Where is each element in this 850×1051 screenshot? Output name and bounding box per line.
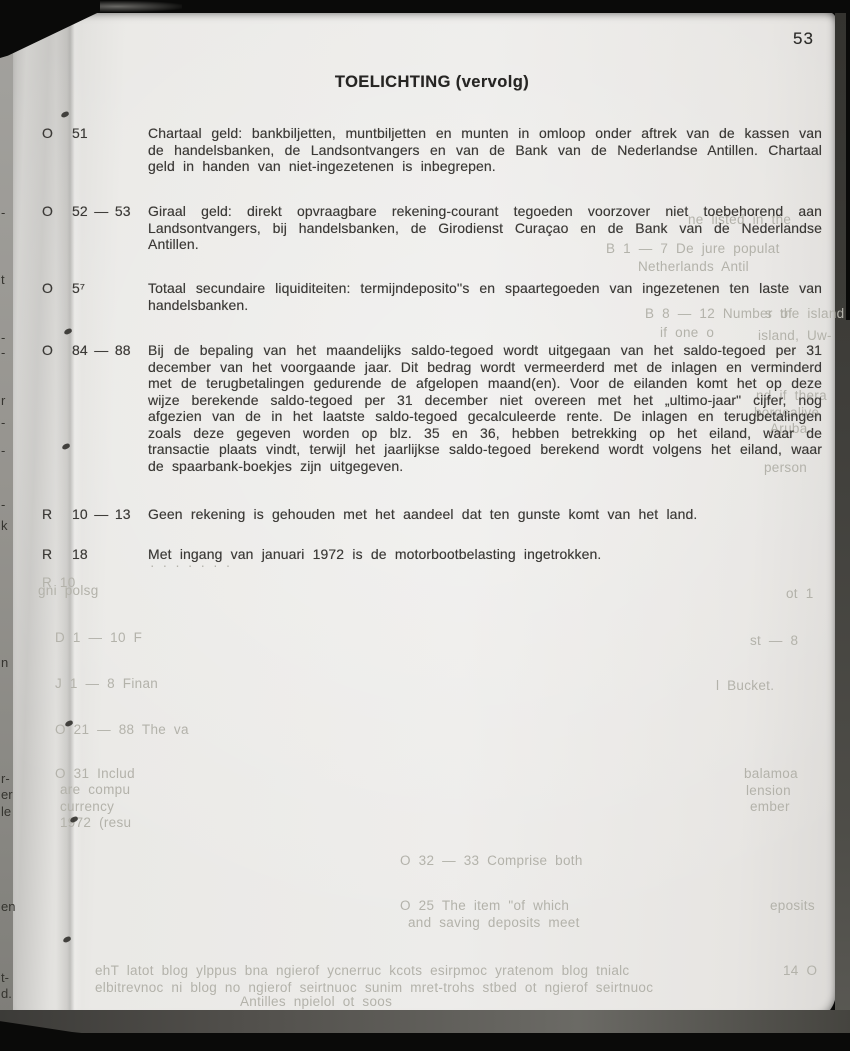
edge-letter-fragment: - — [1, 205, 5, 220]
edge-letter-fragment: k — [1, 518, 8, 533]
edge-letter-fragment: n — [1, 655, 8, 670]
gutter-artifacts-layer: -t--r---knr-erleent-d. — [0, 0, 850, 1051]
edge-letter-fragment: le — [1, 804, 11, 819]
edge-letter-fragment: er — [1, 787, 13, 802]
edge-letter-fragment: - — [1, 330, 5, 345]
edge-letter-fragment: r — [1, 393, 5, 408]
ink-speck — [69, 816, 78, 823]
edge-letter-fragment: - — [1, 443, 5, 458]
edge-letter-fragment: - — [1, 497, 5, 512]
ink-speck — [60, 111, 69, 118]
edge-letter-fragment: t- — [1, 970, 9, 985]
ink-speck — [62, 936, 71, 943]
edge-letter-fragment: d. — [1, 986, 12, 1001]
edge-letter-fragment: - — [1, 415, 5, 430]
ink-speck — [61, 443, 70, 450]
edge-letter-fragment: r- — [1, 771, 10, 786]
ink-speck — [64, 720, 73, 727]
edge-letter-fragment: en — [1, 899, 15, 914]
ink-speck — [63, 328, 72, 335]
scanned-book-page: { "page": { "number": "53", "title": "TO… — [0, 0, 850, 1051]
edge-letter-fragment: - — [1, 345, 5, 360]
edge-letter-fragment: t — [1, 272, 5, 287]
